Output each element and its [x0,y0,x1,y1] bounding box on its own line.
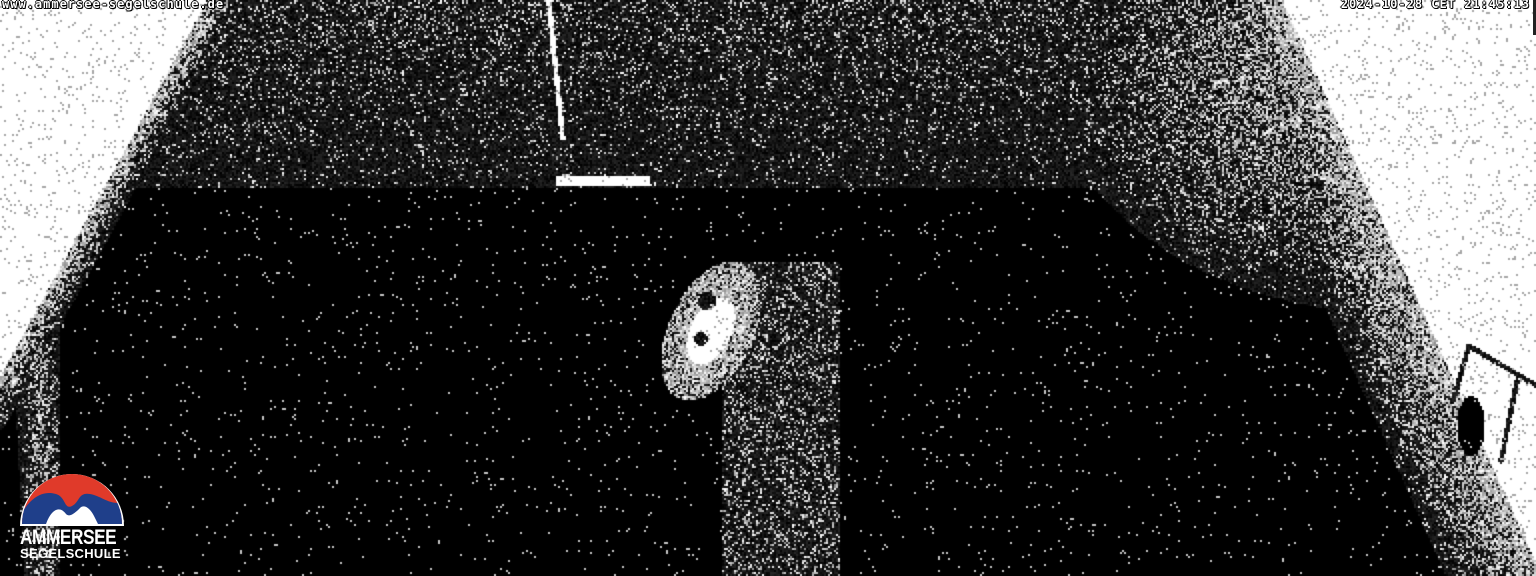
ammersee-logo: AMMERSEE SEGELSCHULE [20,456,124,560]
logo-sun-wave-icon [20,456,124,528]
source-url-label: www.ammersee-segelschule.de [2,0,224,11]
logo-subtitle: SEGELSCHULE [20,546,150,561]
webcam-photo-canvas [0,0,1536,576]
timestamp-label: 2024-10-28 CET 21:45:13 [1341,0,1530,11]
webcam-image: www.ammersee-segelschule.de 2024-10-28 C… [0,0,1536,576]
